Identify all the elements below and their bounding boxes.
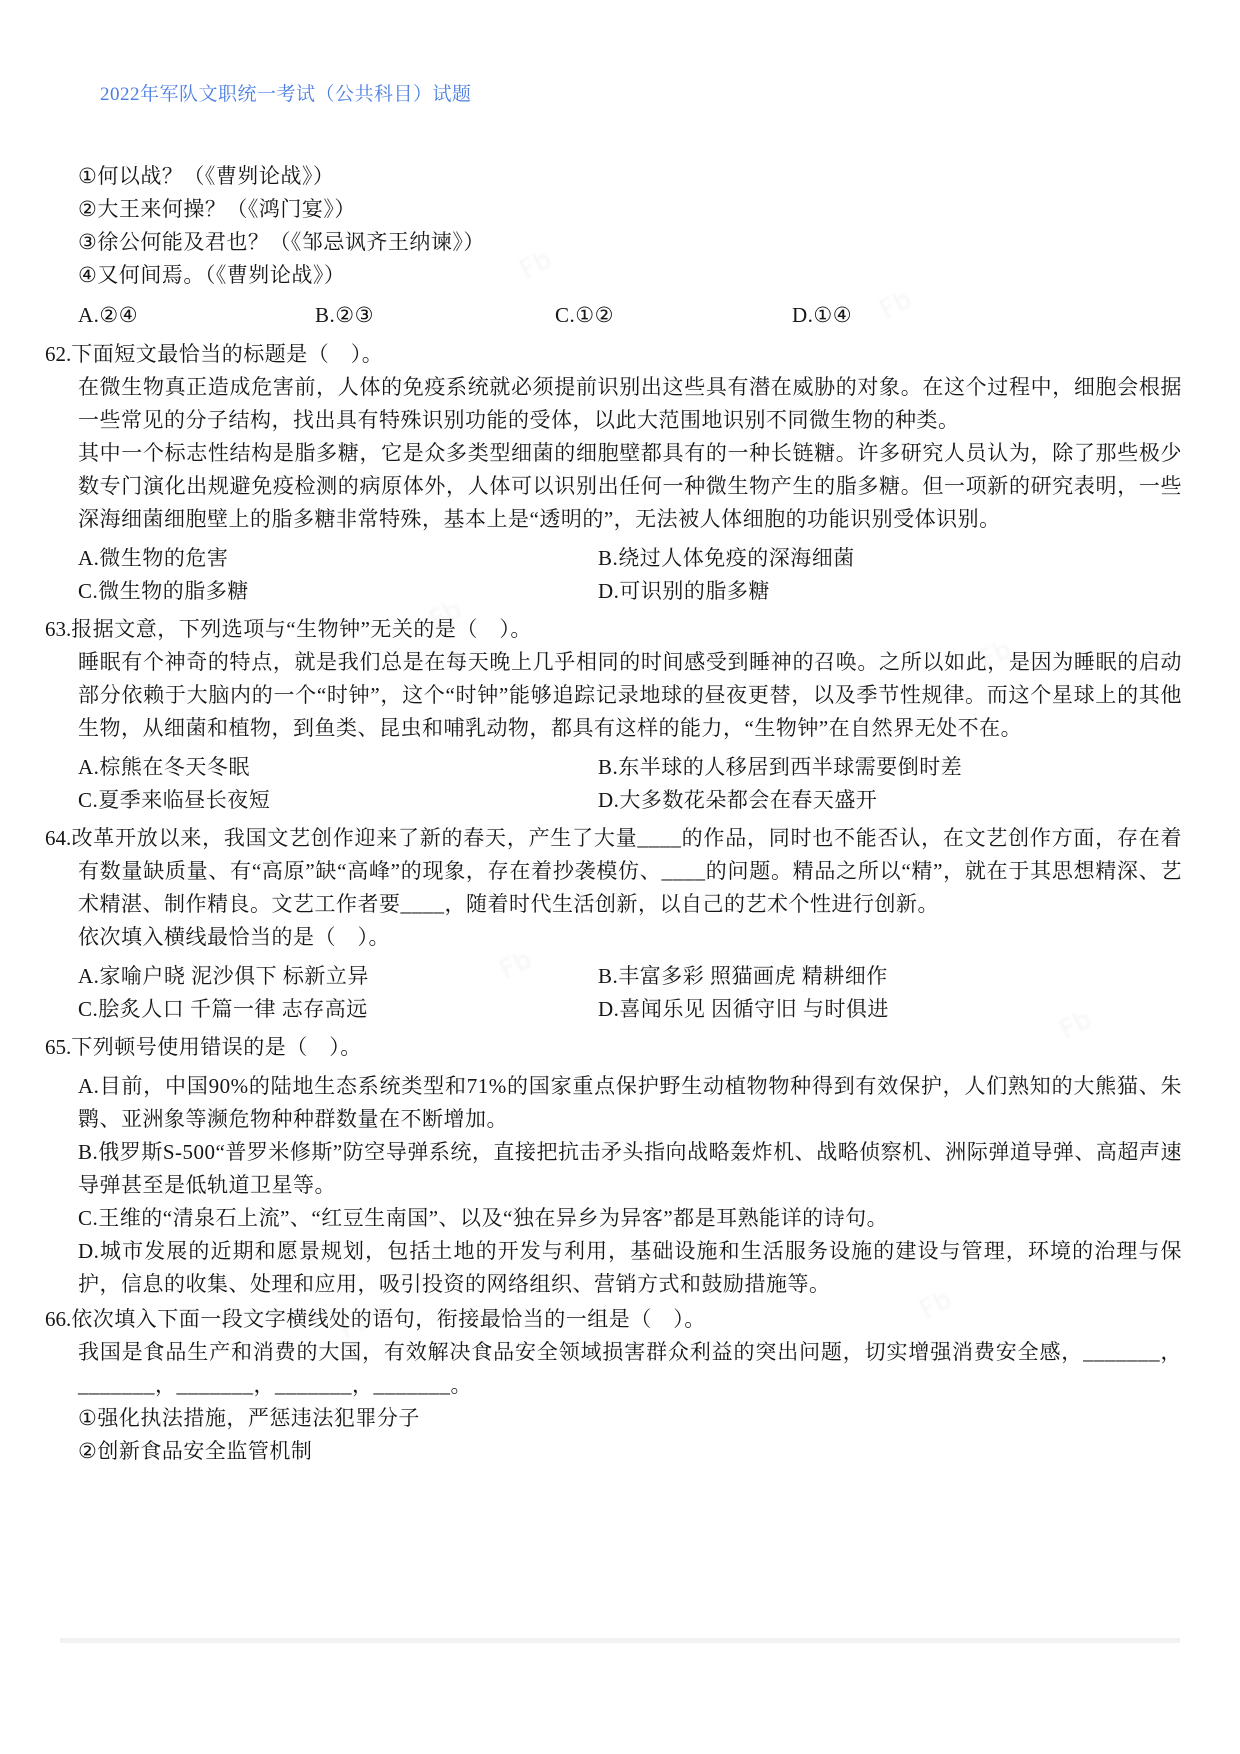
option-a: A.微生物的危害 — [78, 542, 598, 575]
options-grid: A.家喻户晓 泥沙俱下 标新立异 B.丰富多彩 照猫画虎 精耕细作 C.脍炙人口… — [78, 960, 1182, 1026]
option-a: A.目前，中国90%的陆地生态系统类型和71%的国家重点保护野生动植物物种得到有… — [78, 1070, 1182, 1136]
option-b: B.丰富多彩 照猫画虎 精耕细作 — [598, 960, 1182, 993]
options-row: A.②④ B.②③ C.①② D.①④ — [78, 299, 1182, 332]
option-a: A.棕熊在冬天冬眠 — [78, 751, 598, 784]
question-stem-text: 改革开放以来，我国文艺创作迎来了新的春天，产生了大量____的作品，同时也不能否… — [71, 826, 1182, 916]
numbered-item: ②大王来何操？（《鸿门宴》） — [78, 193, 1182, 226]
question-63-block: 63.报据文意，下列选项与“生物钟”无关的是（ ）。 睡眠有个神奇的特点，就是我… — [78, 613, 1182, 817]
question-stem: 64.改革开放以来，我国文艺创作迎来了新的春天，产生了大量____的作品，同时也… — [78, 822, 1182, 921]
option-c: C.①② — [555, 299, 792, 332]
option-d: D.大多数花朵都会在春天盛开 — [598, 784, 1182, 817]
question-stem-text: 依次填入下面一段文字横线处的语句，衔接最恰当的一组是（ ）。 — [71, 1307, 706, 1331]
question-stem: 62.下面短文最恰当的标题是（ ）。 — [78, 338, 1182, 371]
fill-in-prompt: 依次填入横线最恰当的是（ ）。 — [78, 921, 1182, 954]
passage-paragraph: 我国是食品生产和消费的大国，有效解决食品安全领域损害群众利益的突出问题，切实增强… — [78, 1336, 1182, 1402]
option-b: B.东半球的人移居到西半球需要倒时差 — [598, 751, 1182, 784]
options-grid: A.棕熊在冬天冬眠 B.东半球的人移居到西半球需要倒时差 C.夏季来临昼长夜短 … — [78, 751, 1182, 817]
numbered-item: ①何以战？（《曹刿论战》） — [78, 160, 1182, 193]
option-b: B.绕过人体免疫的深海细菌 — [598, 542, 1182, 575]
passage-paragraph: 睡眠有个神奇的特点，就是我们总是在每天晚上几乎相同的时间感受到睡神的召唤。之所以… — [78, 646, 1182, 745]
option-d: D.城市发展的近期和愿景规划，包括土地的开发与利用，基础设施和生活服务设施的建设… — [78, 1235, 1182, 1301]
exam-document: 2022年军队文职统一考试（公共科目）试题 ①何以战？（《曹刿论战》） ②大王来… — [0, 0, 1240, 1468]
option-d: D.①④ — [792, 299, 1182, 332]
question-64-block: 64.改革开放以来，我国文艺创作迎来了新的春天，产生了大量____的作品，同时也… — [78, 822, 1182, 1026]
question-66-block: 66.依次填入下面一段文字横线处的语句，衔接最恰当的一组是（ ）。 我国是食品生… — [78, 1303, 1182, 1468]
option-d: D.喜闻乐见 因循守旧 与时俱进 — [598, 993, 1182, 1026]
question-stem: 66.依次填入下面一段文字横线处的语句，衔接最恰当的一组是（ ）。 — [78, 1303, 1182, 1336]
question-number: 66. — [45, 1307, 71, 1331]
numbered-item: ②创新食品安全监管机制 — [78, 1435, 1182, 1468]
question-stem-text: 报据文意，下列选项与“生物钟”无关的是（ ）。 — [71, 617, 532, 641]
numbered-item: ①强化执法措施，严惩违法犯罪分子 — [78, 1402, 1182, 1435]
option-a: A.家喻户晓 泥沙俱下 标新立异 — [78, 960, 598, 993]
option-c: C.夏季来临昼长夜短 — [78, 784, 598, 817]
numbered-item: ④又何间焉。（《曹刿论战》） — [78, 259, 1182, 292]
question-stem: 65.下列顿号使用错误的是（ ）。 — [78, 1031, 1182, 1064]
option-a: A.②④ — [78, 299, 315, 332]
question-stem: 63.报据文意，下列选项与“生物钟”无关的是（ ）。 — [78, 613, 1182, 646]
option-c: C.王维的“清泉石上流”、“红豆生南国”、以及“独在异乡为异客”都是耳熟能详的诗… — [78, 1202, 1182, 1235]
question-number: 63. — [45, 617, 71, 641]
page-bottom-divider — [60, 1638, 1180, 1643]
option-b: B.②③ — [315, 299, 555, 332]
question-stem-text: 下列顿号使用错误的是（ ）。 — [71, 1035, 362, 1059]
numbered-item: ③徐公何能及君也？（《邹忌讽齐王纳谏》） — [78, 226, 1182, 259]
option-c: C.微生物的脂多糖 — [78, 575, 598, 608]
question-61-block: ①何以战？（《曹刿论战》） ②大王来何操？（《鸿门宴》） ③徐公何能及君也？（《… — [78, 160, 1182, 332]
question-number: 62. — [45, 342, 71, 366]
passage-paragraph: 在微生物真正造成危害前，人体的免疫系统就必须提前识别出这些具有潜在威胁的对象。在… — [78, 371, 1182, 437]
question-65-block: 65.下列顿号使用错误的是（ ）。 A.目前，中国90%的陆地生态系统类型和71… — [78, 1031, 1182, 1301]
question-number: 64. — [45, 826, 71, 850]
page-title: 2022年军队文职统一考试（公共科目）试题 — [100, 84, 1182, 106]
option-b: B.俄罗斯S-500“普罗米修斯”防空导弹系统，直接把抗击矛头指向战略轰炸机、战… — [78, 1136, 1182, 1202]
option-c: C.脍炙人口 千篇一律 志存高远 — [78, 993, 598, 1026]
option-d: D.可识别的脂多糖 — [598, 575, 1182, 608]
question-stem-text: 下面短文最恰当的标题是（ ）。 — [71, 342, 383, 366]
question-62-block: 62.下面短文最恰当的标题是（ ）。 在微生物真正造成危害前，人体的免疫系统就必… — [78, 338, 1182, 608]
options-grid: A.微生物的危害 B.绕过人体免疫的深海细菌 C.微生物的脂多糖 D.可识别的脂… — [78, 542, 1182, 608]
passage-paragraph: 其中一个标志性结构是脂多糖，它是众多类型细菌的细胞壁都具有的一种长链糖。许多研究… — [78, 437, 1182, 536]
question-number: 65. — [45, 1035, 71, 1059]
